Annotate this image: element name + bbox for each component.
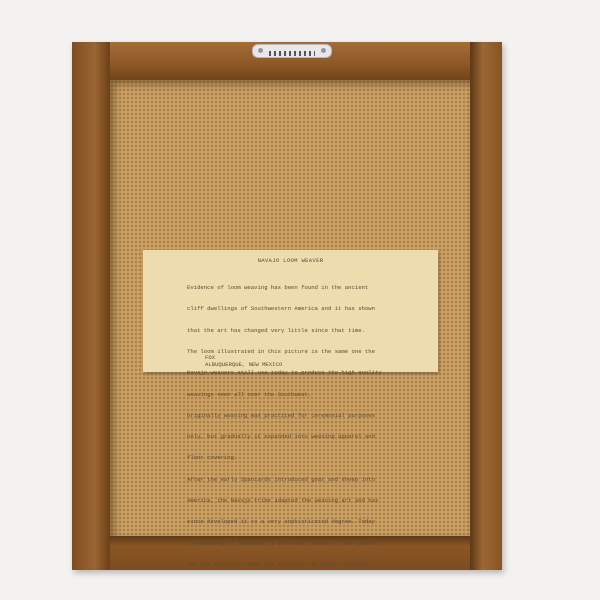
- nail-hole-icon: [321, 48, 326, 53]
- label-line: cliff dwellings of Southwestern America …: [187, 305, 432, 312]
- typed-paper-label: NAVAJO LOOM WEAVER Evidence of loom weav…: [143, 250, 438, 372]
- frame-right-rail: [470, 42, 502, 570]
- label-signature-place: ALBUQUERQUE, NEW MEXICO: [205, 361, 282, 368]
- label-line: Originally weaving was practiced for cer…: [187, 412, 432, 419]
- label-body: Evidence of loom weaving has been found …: [187, 270, 432, 582]
- label-line: since developed it to a very sophisticat…: [187, 518, 432, 525]
- label-line: After the early Spaniards introduced goa…: [187, 476, 432, 483]
- nail-hole-icon: [258, 48, 263, 53]
- label-line: the weaving of blankets is its main indu…: [187, 540, 432, 547]
- label-line: Evidence of loom weaving has been found …: [187, 284, 432, 291]
- label-line: America, the Navajo tribe adapted the we…: [187, 497, 432, 504]
- label-line: floor covering.: [187, 454, 432, 461]
- label-line: weavings seen all over the Southwest.: [187, 391, 432, 398]
- label-title: NAVAJO LOOM WEAVER: [143, 257, 438, 264]
- label-line: Navajo weavers still use today to produc…: [187, 369, 432, 376]
- label-line: only, but gradually it expanded into wea…: [187, 433, 432, 440]
- hanger-teeth: [269, 51, 315, 56]
- label-line: that the art has changed very little sin…: [187, 327, 432, 334]
- sawtooth-hanger-icon: [252, 44, 332, 58]
- frame-left-rail: [72, 42, 110, 570]
- label-line: The loom illustrated in this picture is …: [187, 348, 432, 355]
- label-line: has not suffered under the influence of …: [187, 561, 432, 568]
